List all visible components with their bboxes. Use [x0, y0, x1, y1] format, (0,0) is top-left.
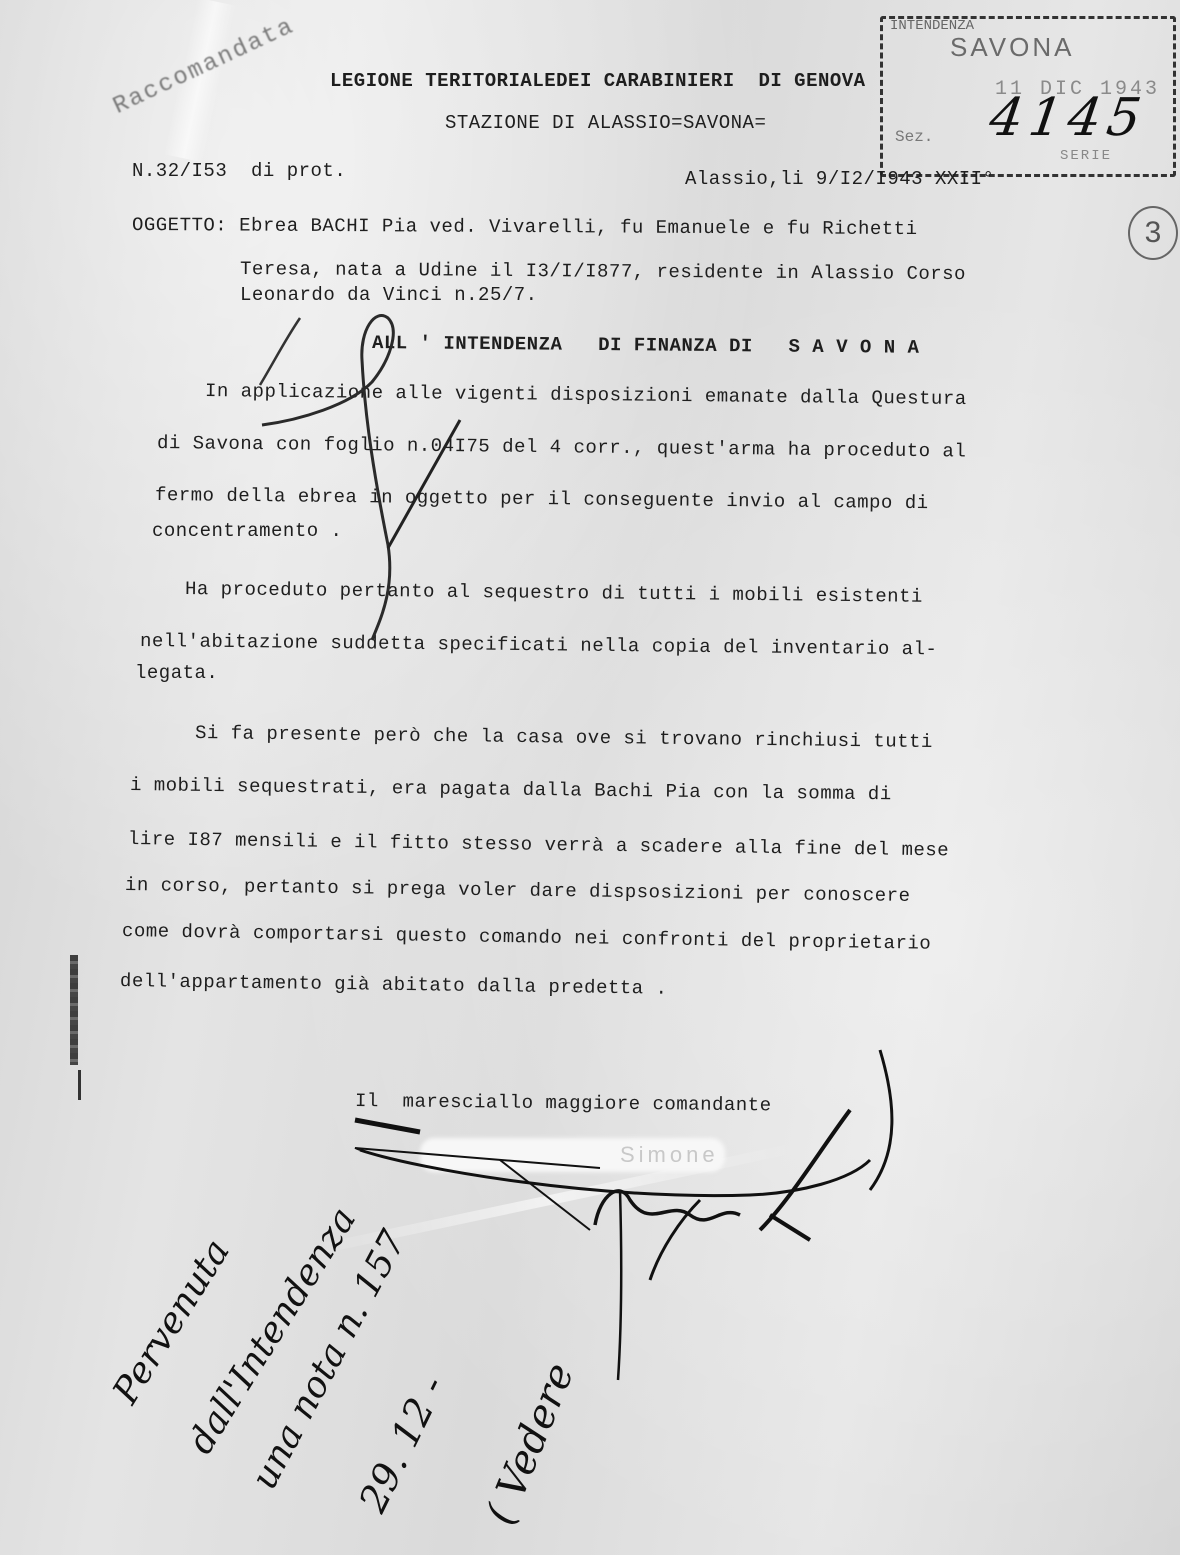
subject-line-3: Leonardo da Vinci n.25/7. [240, 284, 538, 306]
place-date: Alassio,li 9/I2/I943 XXII° [685, 168, 994, 190]
header-station: STAZIONE DI ALASSIO=SAVONA= [445, 112, 766, 134]
receipt-stamp-city: SAVONA [950, 32, 1074, 63]
binding-mark [70, 955, 78, 1065]
signature-title: Il maresciallo maggiore comandante [355, 1090, 772, 1116]
protocol-number: N.32/I53 di prot. [132, 160, 346, 182]
header-legion: LEGIONE TERITORIALEDEI CARABINIERI DI GE… [330, 70, 866, 92]
receipt-stamp-section: Sez. [895, 128, 933, 146]
body-line: concentramento . [152, 520, 342, 542]
body-line: legata. [135, 662, 218, 684]
receipt-stamp-bottom-text: SERIE [1060, 148, 1112, 164]
circled-page-number: 3 [1128, 206, 1178, 260]
handwritten-protocol-number: 4145 [986, 88, 1151, 148]
subject-line-1: OGGETTO: Ebrea BACHI Pia ved. Vivarelli,… [132, 214, 918, 240]
binding-mark [78, 1070, 81, 1100]
redacted-name: Simone [620, 1142, 719, 1168]
